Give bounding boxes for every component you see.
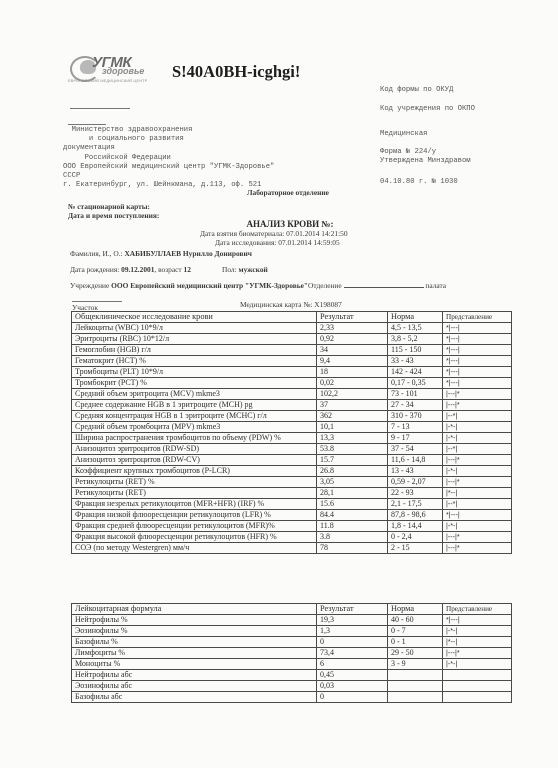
cell-norm: [388, 681, 443, 692]
cell-norm: 7 - 13: [388, 422, 443, 433]
cell-flag: *|---|: [443, 615, 512, 626]
cell-flag: |-*-|: [443, 466, 512, 477]
cell-name: Лейкоциты (WBC) 10*9/л: [72, 323, 317, 334]
medical-label: Медицинская: [380, 130, 427, 139]
document-title-garbled: S!40A0BH-icghgi!: [172, 62, 300, 82]
cell-name: Фракция средней флюоресценции ретикулоци…: [72, 521, 317, 532]
okud-label: Код формы по ОКУД: [380, 86, 453, 95]
cell-name: Тромбоциты (PLT) 10*9/л: [72, 367, 317, 378]
cell-result: 78: [317, 543, 388, 554]
cell-flag: *|---|: [443, 510, 512, 521]
divider: [70, 108, 130, 109]
column-header: Представление: [443, 604, 512, 615]
cell-result: 3.8: [317, 532, 388, 543]
cell-name: Базофилы %: [72, 637, 317, 648]
cell-norm: 0,17 - 0,35: [388, 378, 443, 389]
cell-result: 0,02: [317, 378, 388, 389]
cell-norm: 3,8 - 5,2: [388, 334, 443, 345]
cell-name: Ретикулоциты (RET): [72, 488, 317, 499]
cell-flag: |--*|: [443, 411, 512, 422]
cell-name: Средний объем тромбоцита (MPV) mkme3: [72, 422, 317, 433]
table-row: Среднее содержание HGB в 1 эритроците (M…: [72, 400, 512, 411]
cell-norm: 33 - 43: [388, 356, 443, 367]
cell-result: 15.6: [317, 499, 388, 510]
approved-label: Утверждена Минздравом: [380, 157, 471, 166]
column-header: Норма: [388, 604, 443, 615]
table-row: Гематокрит (HCT) %9,433 - 43*|---|: [72, 356, 512, 367]
sex-value: мужской: [239, 265, 268, 274]
ministry-line: и социального развития: [63, 135, 274, 144]
cell-result: 19,3: [317, 615, 388, 626]
sex-label: Пол:: [222, 265, 237, 274]
department-label: Отделение: [308, 281, 342, 290]
table-row: Ширина распространения тромбоцитов по об…: [72, 433, 512, 444]
cell-name: Нейтрофилы абс: [72, 670, 317, 681]
ministry-line: СССР: [63, 172, 274, 181]
cell-name: Средний объем эритроцита (MCV) mkme3: [72, 389, 317, 400]
ministry-line: Российской Федерации: [63, 154, 274, 163]
cell-norm: 4,5 - 13,5: [388, 323, 443, 334]
cell-name: Анизоцитоз эритроцитов (RDW-CV): [72, 455, 317, 466]
cell-flag: |-*-|: [443, 521, 512, 532]
table-row: Эозинофилы абс0,03: [72, 681, 512, 692]
cell-result: 13,3: [317, 433, 388, 444]
ministry-line: ООО Европейский медицинский центр "УГМК-…: [63, 163, 274, 172]
table-header-row: Общеклиническое исследование кровиРезуль…: [72, 312, 512, 323]
cell-result: 15.7: [317, 455, 388, 466]
cell-norm: 27 - 34: [388, 400, 443, 411]
leukocyte-formula-table: Лейкоцитарная формулаРезультатНормаПредс…: [71, 603, 512, 703]
cell-result: 6: [317, 659, 388, 670]
department-blank: [344, 287, 424, 288]
cell-result: 102,2: [317, 389, 388, 400]
cell-name: Анизоцитоз эритроцитов (RDW-SD): [72, 444, 317, 455]
cell-flag: |--*|: [443, 444, 512, 455]
cell-norm: [388, 670, 443, 681]
cell-result: 0,03: [317, 681, 388, 692]
cell-norm: 37 - 54: [388, 444, 443, 455]
cell-result: 26.8: [317, 466, 388, 477]
cell-name: Ретикулоциты (RET) %: [72, 477, 317, 488]
cell-flag: [443, 670, 512, 681]
cell-flag: *|---|: [443, 323, 512, 334]
cell-result: 0,92: [317, 334, 388, 345]
cell-flag: |-*-|: [443, 422, 512, 433]
cell-result: 0,45: [317, 670, 388, 681]
table-row: Фракция низкой флюоресценции ретикулоцит…: [72, 510, 512, 521]
analysis-title: АНАЛИЗ КРОВИ №:: [200, 219, 380, 229]
cell-result: 28,1: [317, 488, 388, 499]
cell-name: Гематокрит (HCT) %: [72, 356, 317, 367]
cell-flag: |*--|: [443, 637, 512, 648]
cell-flag: *|---|: [443, 356, 512, 367]
cell-name: Моноциты %: [72, 659, 317, 670]
cell-name: Эритроциты (RBC) 10*12/л: [72, 334, 317, 345]
cell-result: 34: [317, 345, 388, 356]
hospital-card-label: № стационарной карты:: [68, 202, 150, 211]
cell-norm: 0 - 7: [388, 626, 443, 637]
research-date: Дата исследования: 07.01.2014 14:59:05: [215, 238, 340, 247]
cell-flag: |---|*: [443, 389, 512, 400]
logo-caption: ЕВРОПЕЙСКИЙ МЕДИЦИНСКИЙ ЦЕНТР: [68, 79, 147, 83]
cell-norm: 11,6 - 14,8: [388, 455, 443, 466]
cell-flag: *|---|: [443, 367, 512, 378]
institution-row: Учреждение ООО Европейский медицинский ц…: [70, 281, 446, 290]
divider: [68, 124, 106, 125]
cell-flag: |--*|: [443, 499, 512, 510]
cell-flag: |-*-|: [443, 626, 512, 637]
table-row: Ретикулоциты (RET) %3,050,59 - 2,07|---|…: [72, 477, 512, 488]
table-row: Средний объем эритроцита (MCV) mkme3102,…: [72, 389, 512, 400]
cell-norm: 115 - 150: [388, 345, 443, 356]
cell-flag: *|---|: [443, 378, 512, 389]
table-row: Базофилы %00 - 1|*--|: [72, 637, 512, 648]
cell-norm: 0 - 2,4: [388, 532, 443, 543]
cell-flag: |---|*: [443, 543, 512, 554]
logo-subtitle: здоровье: [102, 66, 144, 76]
cell-name: Коэффициент крупных тромбоцитов (P-LCR): [72, 466, 317, 477]
cell-flag: |---|*: [443, 400, 512, 411]
table-row: Анизоцитоз эритроцитов (RDW-SD)53.837 - …: [72, 444, 512, 455]
ministry-line: документация: [63, 144, 274, 153]
table-row: Лейкоциты (WBC) 10*9/л2,334,5 - 13,5*|--…: [72, 323, 512, 334]
institution-value: ООО Европейский медицинский центр "УГМК-…: [111, 281, 308, 290]
patient-name: ХАБИБУЛЛАЕВ Нурилло Донирович: [124, 249, 251, 258]
table-row: Гемоглобин (HGB) г/л34115 - 150*|---|: [72, 345, 512, 356]
cell-norm: 87,8 - 98,6: [388, 510, 443, 521]
table-header-row: Лейкоцитарная формулаРезультатНормаПредс…: [72, 604, 512, 615]
cell-norm: 22 - 93: [388, 488, 443, 499]
cell-name: Фракция незрелых ретикулоцитов (MFR+HFR)…: [72, 499, 317, 510]
approval-date: 04.10.80 г. № 1030: [380, 178, 458, 187]
cell-norm: 1,8 - 14,4: [388, 521, 443, 532]
cell-norm: 0,59 - 2,07: [388, 477, 443, 488]
patient-name-row: Фамилия, И., О.: ХАБИБУЛЛАЕВ Нурилло Дон…: [70, 249, 252, 258]
cell-norm: 0 - 1: [388, 637, 443, 648]
cell-result: 11.8: [317, 521, 388, 532]
table-row: Коэффициент крупных тромбоцитов (P-LCR)2…: [72, 466, 512, 477]
cell-name: Гемоглобин (HGB) г/л: [72, 345, 317, 356]
table-row: СОЭ (по методу Westergren) мм/ч782 - 15|…: [72, 543, 512, 554]
cell-result: 0: [317, 637, 388, 648]
ministry-line: Министерство здравоохранения: [63, 126, 274, 135]
cell-result: 73,4: [317, 648, 388, 659]
cell-flag: *|---|: [443, 345, 512, 356]
table-row: Фракция высокой флюоресценции ретикулоци…: [72, 532, 512, 543]
ministry-block: Министерство здравоохранения и социально…: [63, 126, 274, 190]
cell-norm: 9 - 17: [388, 433, 443, 444]
cell-norm: 40 - 60: [388, 615, 443, 626]
cell-flag: |---|*: [443, 455, 512, 466]
cell-flag: |-*-|: [443, 659, 512, 670]
table-row: Эритроциты (RBC) 10*12/л0,923,8 - 5,2*|-…: [72, 334, 512, 345]
cell-name: Средняя концентрация HGB в 1 эритроците …: [72, 411, 317, 422]
column-header: Представление: [443, 312, 512, 323]
cell-result: 362: [317, 411, 388, 422]
cell-name: Базофилы абс: [72, 692, 317, 703]
cell-result: 2,33: [317, 323, 388, 334]
cell-result: 53.8: [317, 444, 388, 455]
lab-department: Лабораторное отделение: [247, 188, 329, 197]
column-header: Результат: [317, 312, 388, 323]
table-row: Нейтрофилы абс0,45: [72, 670, 512, 681]
okpo-label: Код учреждения по ОКПО: [380, 105, 475, 114]
cell-norm: 142 - 424: [388, 367, 443, 378]
table-row: Фракция незрелых ретикулоцитов (MFR+HFR)…: [72, 499, 512, 510]
table-row: Эозинофилы %1,30 - 7|-*-|: [72, 626, 512, 637]
cell-flag: |---|*: [443, 648, 512, 659]
column-header: Общеклиническое исследование крови: [72, 312, 317, 323]
divider: [72, 301, 122, 302]
dob-value: 09.12.2001: [121, 265, 154, 274]
cell-name: Тромбокрит (PCT) %: [72, 378, 317, 389]
cell-result: 9,4: [317, 356, 388, 367]
cell-name: Нейтрофилы %: [72, 615, 317, 626]
cell-flag: *|---|: [443, 334, 512, 345]
age-label: , возраст: [154, 265, 181, 274]
cell-norm: 2 - 15: [388, 543, 443, 554]
card-number: X198087: [314, 300, 342, 309]
cell-name: Лимфоциты %: [72, 648, 317, 659]
cell-name: Фракция низкой флюоресценции ретикулоцит…: [72, 510, 317, 521]
cell-norm: 13 - 43: [388, 466, 443, 477]
table-row: Анизоцитоз эритроцитов (RDW-CV)15.711,6 …: [72, 455, 512, 466]
patient-dob-row: Дата рождения: 09.12.2001, возраст 12: [70, 265, 191, 274]
cell-norm: [388, 692, 443, 703]
cell-name: СОЭ (по методу Westergren) мм/ч: [72, 543, 317, 554]
table-row: Моноциты %63 - 9|-*-|: [72, 659, 512, 670]
cell-norm: 29 - 50: [388, 648, 443, 659]
table-row: Фракция средней флюоресценции ретикулоци…: [72, 521, 512, 532]
cell-name: Среднее содержание HGB в 1 эритроците (M…: [72, 400, 317, 411]
cell-flag: [443, 681, 512, 692]
cell-norm: 73 - 101: [388, 389, 443, 400]
table-row: Базофилы абс0: [72, 692, 512, 703]
table-row: Ретикулоциты (RET)28,122 - 93|*--|: [72, 488, 512, 499]
cell-name: Эозинофилы %: [72, 626, 317, 637]
cell-name: Ширина распространения тромбоцитов по об…: [72, 433, 317, 444]
institution-label: Учреждение: [70, 281, 109, 290]
cell-result: 37: [317, 400, 388, 411]
cell-norm: 310 - 370: [388, 411, 443, 422]
column-header: Результат: [317, 604, 388, 615]
blood-analysis-table: Общеклиническое исследование кровиРезуль…: [71, 311, 512, 554]
cell-flag: |*--|: [443, 488, 512, 499]
cell-flag: |---|*: [443, 477, 512, 488]
cell-flag: |---|*: [443, 532, 512, 543]
ward-label: палата: [425, 281, 446, 290]
column-header: Лейкоцитарная формула: [72, 604, 317, 615]
admission-label: Дата и время поступления:: [68, 211, 159, 220]
ministry-line: г. Екатеринбург, ул. Шейнкмана, д.113, о…: [63, 181, 274, 190]
cell-result: 3,05: [317, 477, 388, 488]
table-row: Средний объем тромбоцита (MPV) mkme310,1…: [72, 422, 512, 433]
age-value: 12: [184, 265, 191, 274]
card-label: Медицинская карта №:: [240, 300, 312, 309]
column-header: Норма: [388, 312, 443, 323]
table-row: Нейтрофилы %19,340 - 60*|---|: [72, 615, 512, 626]
table-row: Тромбокрит (PCT) %0,020,17 - 0,35*|---|: [72, 378, 512, 389]
cell-name: Эозинофилы абс: [72, 681, 317, 692]
medical-card-row: Медицинская карта №: X198087: [240, 300, 342, 309]
cell-result: 0: [317, 692, 388, 703]
cell-norm: 3 - 9: [388, 659, 443, 670]
patient-name-label: Фамилия, И., О.:: [70, 249, 123, 258]
cell-result: 1,3: [317, 626, 388, 637]
dob-label: Дата рождения:: [70, 265, 119, 274]
cell-norm: 2,1 - 17,5: [388, 499, 443, 510]
cell-result: 84.4: [317, 510, 388, 521]
cell-name: Фракция высокой флюоресценции ретикулоци…: [72, 532, 317, 543]
cell-flag: |-*-|: [443, 433, 512, 444]
patient-sex-row: Пол: мужской: [222, 265, 268, 274]
table-row: Тромбоциты (PLT) 10*9/л18142 - 424*|---|: [72, 367, 512, 378]
cell-result: 18: [317, 367, 388, 378]
table-row: Средняя концентрация HGB в 1 эритроците …: [72, 411, 512, 422]
cell-result: 10,1: [317, 422, 388, 433]
cell-flag: [443, 692, 512, 703]
sample-date: Дата взятия биоматериала: 07.01.2014 14:…: [200, 229, 348, 238]
table-row: Лимфоциты %73,429 - 50|---|*: [72, 648, 512, 659]
form-number: Форма № 224/у: [380, 148, 436, 157]
